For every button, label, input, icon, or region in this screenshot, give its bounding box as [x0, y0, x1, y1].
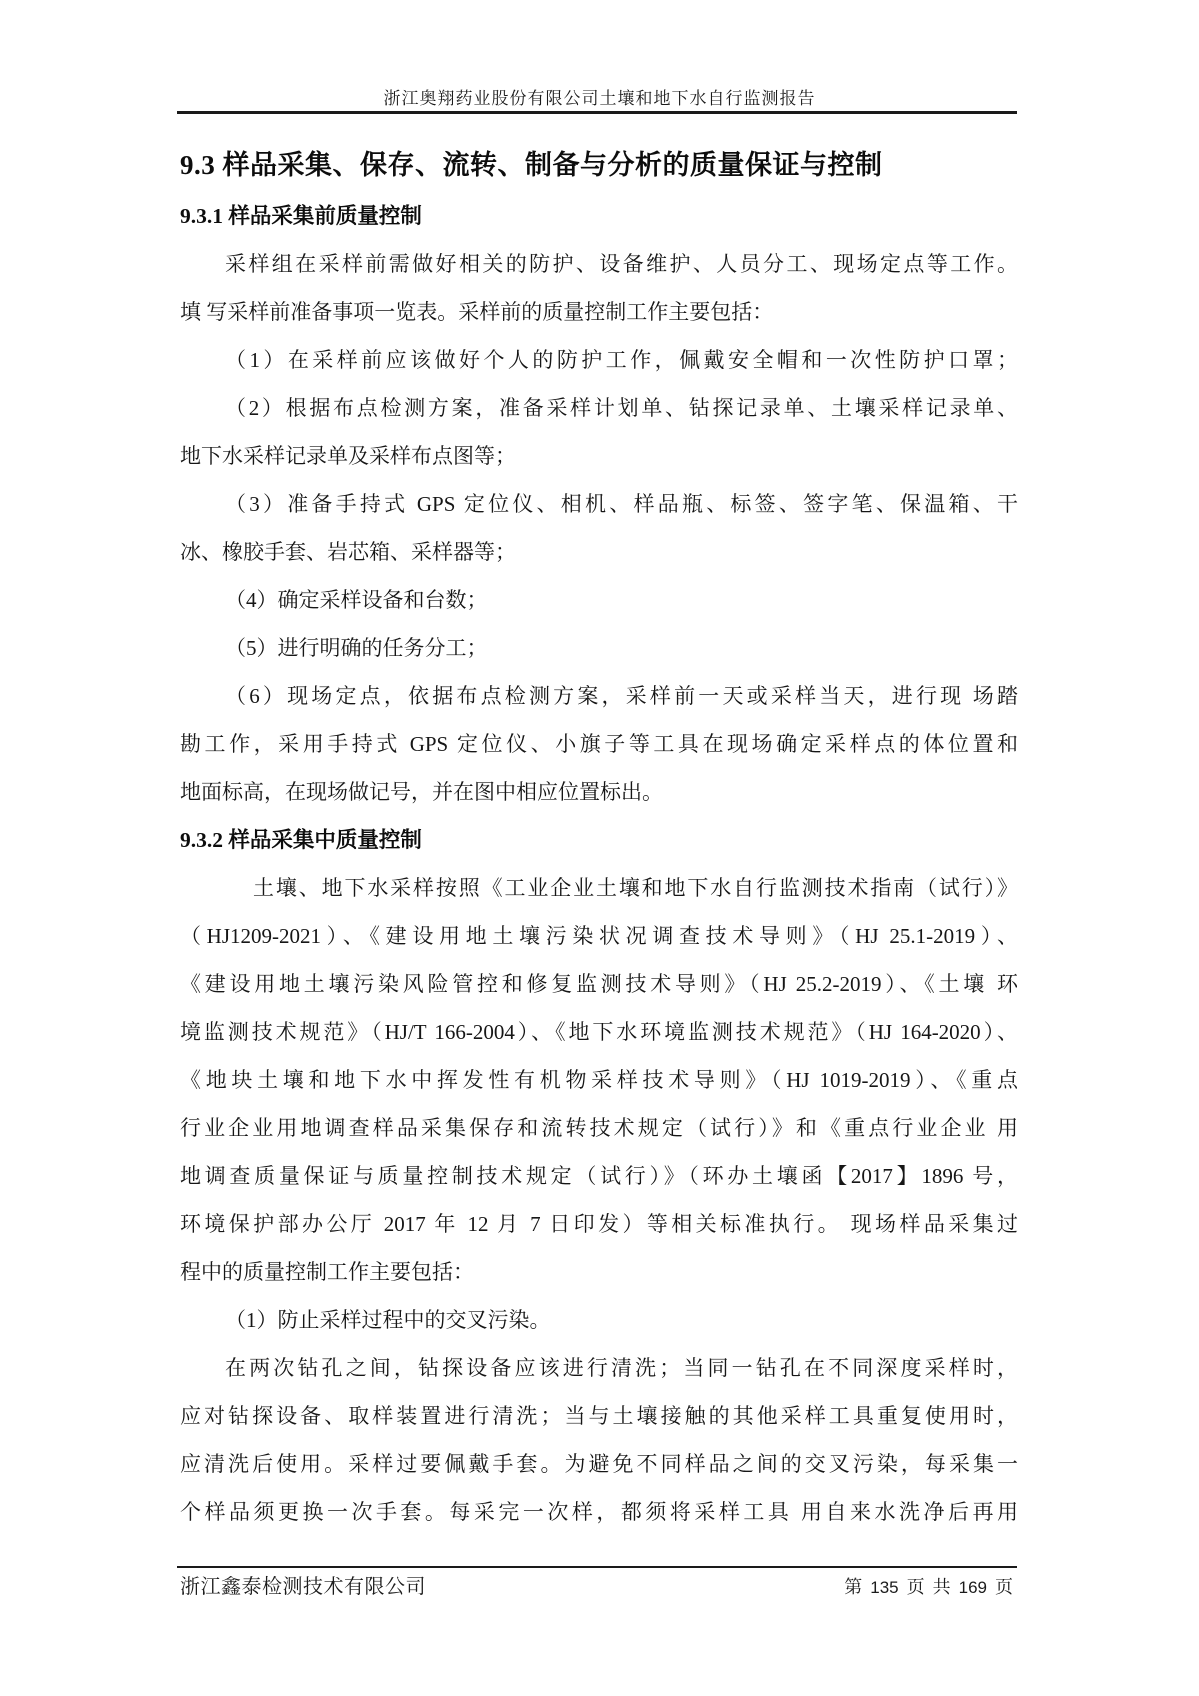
text-line: （1）防止采样过程中的交叉污染。: [180, 1296, 1018, 1344]
text-line: 应对钻探设备、取样装置进行清洗；当与土壤接触的其他采样工具重复使用时，: [180, 1392, 1018, 1440]
text-line: （6）现场定点，依据布点检测方案，采样前一天或采样当天，进行现 场踏: [180, 672, 1018, 720]
page-indicator: 第135页共169页: [840, 1573, 1017, 1599]
text-line: （5）进行明确的任务分工；: [180, 624, 1018, 672]
text-line: （2）根据布点检测方案，准备采样计划单、钻探记录单、土壤采样记录单、: [180, 384, 1018, 432]
header-rule: [177, 111, 1017, 114]
text-line: 个样品须更换一次手套。每采完一次样，都须将采样工具 用自来水洗净后再用: [180, 1488, 1018, 1536]
text-line: 地面标高，在现场做记号，并在图中相应位置标出。: [180, 768, 1018, 816]
page-word-di: 第: [844, 1577, 862, 1597]
footer: 浙江鑫泰检测技术有限公司 第135页共169页: [180, 1570, 1017, 1599]
page-word-ye1: 页: [907, 1577, 925, 1597]
text-line: （HJ1209-2021）、《建设用地土壤污染状况调查技术导则》（HJ 25.1…: [180, 912, 1018, 960]
page-number-current: 135: [870, 1578, 898, 1597]
footer-rule: [177, 1566, 1017, 1568]
text-line: （4）确定采样设备和台数；: [180, 576, 1018, 624]
text-line: 境监测技术规范》（HJ/T 166-2004）、《地下水环境监测技术规范》（HJ…: [180, 1008, 1018, 1056]
text-line: 土壤、地下水采样按照《工业企业土壤和地下水自行监测技术指南（试行）》: [180, 864, 1018, 912]
subsection-heading: 9.3.1 样品采集前质量控制: [180, 192, 1018, 240]
text-line: 地下水采样记录单及采样布点图等；: [180, 432, 1018, 480]
text-line: 冰、橡胶手套、岩芯箱、采样器等；: [180, 528, 1018, 576]
page-number-total: 169: [959, 1578, 987, 1597]
subsection-heading: 9.3.2 样品采集中质量控制: [180, 816, 1018, 864]
text-line: 采样组在采样前需做好相关的防护、设备维护、人员分工、现场定点等工作。: [180, 240, 1018, 288]
header-title: 浙江奥翔药业股份有限公司土壤和地下水自行监测报告: [0, 84, 1199, 109]
text-line: （3）准备手持式 GPS 定位仪、相机、样品瓶、标签、签字笔、保温箱、干: [180, 480, 1018, 528]
document-body: 9.3.1 样品采集前质量控制采样组在采样前需做好相关的防护、设备维护、人员分工…: [180, 192, 1018, 1536]
text-line: 在两次钻孔之间，钻探设备应该进行清洗；当同一钻孔在不同深度采样时，: [180, 1344, 1018, 1392]
page-word-ye2: 页: [995, 1577, 1013, 1597]
text-line: 环境保护部办公厅 2017 年 12 月 7 日印发）等相关标准执行。 现场样品…: [180, 1200, 1018, 1248]
text-line: 应清洗后使用。采样过要佩戴手套。为避免不同样品之间的交叉污染，每采集一: [180, 1440, 1018, 1488]
text-line: 《建设用地土壤污染风险管控和修复监测技术导则》（HJ 25.2-2019）、《土…: [180, 960, 1018, 1008]
footer-company: 浙江鑫泰检测技术有限公司: [180, 1570, 426, 1599]
text-line: 《地块土壤和地下水中挥发性有机物采样技术导则》（HJ 1019-2019）、《重…: [180, 1056, 1018, 1104]
text-line: 行业企业用地调查样品采集保存和流转技术规定（试行）》和《重点行业企业 用: [180, 1104, 1018, 1152]
report-page: 浙江奥翔药业股份有限公司土壤和地下水自行监测报告 9.3 样品采集、保存、流转、…: [0, 0, 1199, 1696]
text-line: 地调查质量保证与质量控制技术规定（试行）》（环办土壤函【2017】1896 号，: [180, 1152, 1018, 1200]
section-title: 9.3 样品采集、保存、流转、制备与分析的质量保证与控制: [180, 138, 1018, 192]
text-line: （1）在采样前应该做好个人的防护工作，佩戴安全帽和一次性防护口罩；: [180, 336, 1018, 384]
text-line: 填 写采样前准备事项一览表。采样前的质量控制工作主要包括：: [180, 288, 1018, 336]
text-line: 勘工作，采用手持式 GPS 定位仪、小旗子等工具在现场确定采样点的体位置和: [180, 720, 1018, 768]
page-word-gong: 共: [933, 1577, 951, 1597]
document-content: 9.3 样品采集、保存、流转、制备与分析的质量保证与控制 9.3.1 样品采集前…: [180, 138, 1018, 1536]
text-line: 程中的质量控制工作主要包括：: [180, 1248, 1018, 1296]
